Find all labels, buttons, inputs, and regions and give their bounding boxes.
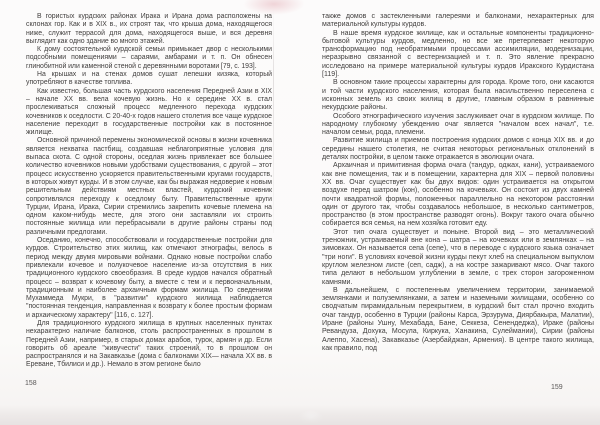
page-right-text-block: также домов с застекленными галереями и … [322,13,594,353]
paragraph: В наше время курдское жилище, как и оста… [322,30,594,80]
paragraph: Особого этнографического изучения заслуж… [322,113,594,138]
paragraph: В основном такие процессы характерны для… [322,79,594,112]
scanner-bottom-shadow [0,405,600,425]
paragraph: также домов с застекленными галереями и … [322,13,594,30]
paragraph: Для традиционного курдского жилища в кру… [26,320,272,370]
paragraph: Этот тип очага существует и поныне. Втор… [322,229,594,287]
page-number-right: 159 [551,384,563,391]
paragraph: Архаичная и примитивная форма очага (тан… [322,162,594,228]
paragraph: Оседанию, конечно, способствовали и госу… [26,237,272,320]
paragraph: К дому состоятельной курдской семьи прим… [26,46,272,71]
paragraph: Развитие жилища и приемов построения кур… [322,137,594,162]
paragraph: В гористых курдских районах Ирака и Иран… [26,13,272,46]
page-number-left: 158 [25,380,37,387]
paragraph: На крышах и на стенах домов сушат лепешк… [26,71,272,88]
paragraph: Как известно, большая часть курдского на… [26,88,272,138]
page-left-text-block: В гористых курдских районах Ирака и Иран… [26,13,272,370]
paragraph: Основной причиной перемены экономической… [26,137,272,237]
paragraph: В дальнейшем, с постепенным увеличением … [322,287,594,353]
page-gutter-line [273,8,274,233]
book-spread: В гористых курдских районах Ирака и Иран… [0,0,600,425]
